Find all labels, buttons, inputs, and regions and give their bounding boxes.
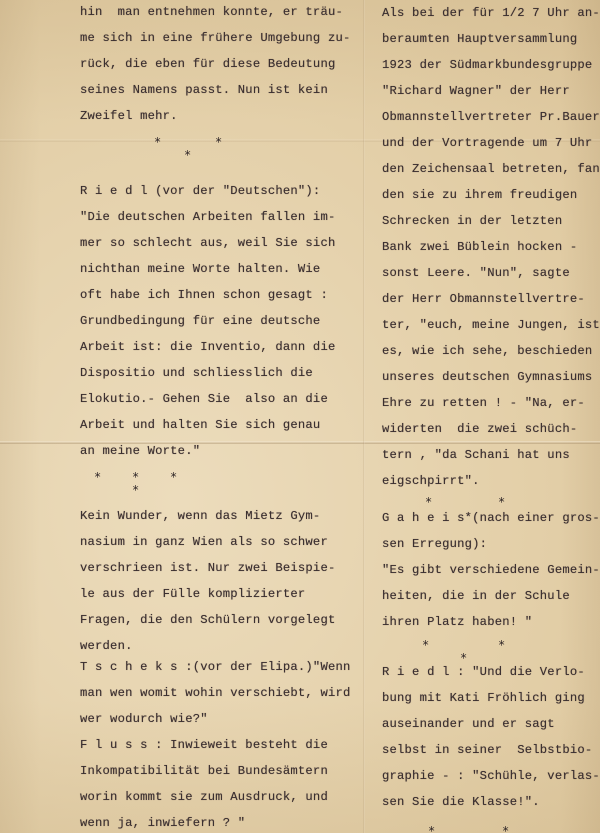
text-line: hin man entnehmen konnte, er träu- [80,4,343,20]
text-line: oft habe ich Ihnen schon gesagt : [80,287,328,303]
separator-asterisk: * [498,639,505,651]
text-line: wenn ja, inwiefern ? " [80,815,245,831]
text-line: sen Erregung): [382,536,487,552]
text-line: Schrecken in der letzten [382,213,562,229]
text-line: Arbeit und halten Sie sich genau [80,417,320,433]
text-line: widerten die zwei schüch- [382,421,577,437]
text-line: mer so schlecht aus, weil Sie sich [80,235,335,251]
text-line: man wen womit wohin verschiebt, wird [80,685,351,701]
text-line: Bank zwei Büblein hocken - [382,239,577,255]
separator-asterisk: * [94,471,101,483]
text-line: ihren Platz haben! " [382,614,532,630]
separator-asterisk: * [170,471,177,483]
text-line: an meine Worte." [80,443,200,459]
text-line: heiten, die in der Schule [382,588,570,604]
text-line: unseres deutschen Gymnasiums [382,369,592,385]
separator-asterisk: * [132,484,139,496]
text-line: sen Sie die Klasse!". [382,794,540,810]
text-line: verschrieen ist. Nur zwei Beispie- [80,560,335,576]
text-line: 1923 der Südmarkbundesgruppe [382,57,592,73]
text-line: seines Namens passt. Nun ist kein [80,82,328,98]
text-line: beraumten Hauptversammlung [382,31,577,47]
text-line: Kein Wunder, wenn das Mietz Gym- [80,508,320,524]
text-line: Fragen, die den Schülern vorgelegt [80,612,335,628]
text-line: werden. [80,638,133,654]
text-line: ter, "euch, meine Jungen, ist [382,317,600,333]
text-line: nasium in ganz Wien als so schwer [80,534,328,550]
text-line: der Herr Obmannstellvertre- [382,291,585,307]
speaker-heading: G a h e i s*(nach einer gros- [382,510,600,526]
text-line: wer wodurch wie?" [80,711,208,727]
text-line: Inkompatibilität bei Bundesämtern [80,763,328,779]
speaker-heading: T s c h e k s :(vor der Elipa.)"Wenn [80,659,351,675]
text-line: bung mit Kati Fröhlich ging [382,690,585,706]
speaker-heading: F l u s s : Inwieweit besteht die [80,737,328,753]
text-line: "Die deutschen Arbeiten fallen im- [80,209,335,225]
text-line: Elokutio.- Gehen Sie also an die [80,391,328,407]
separator-asterisk: * [498,496,505,508]
text-line: nichthan meine Worte halten. Wie [80,261,320,277]
separator-asterisk: * [425,496,432,508]
text-line: es, wie ich sehe, beschieden [382,343,592,359]
text-line: graphie - : "Schühle, verlas- [382,768,600,784]
text-line: "Richard Wagner" der Herr [382,83,570,99]
text-line: tern , "da Schani hat uns [382,447,570,463]
text-line: sonst Leere. "Nun", sagte [382,265,570,281]
text-line: Als bei der für 1/2 7 Uhr an- [382,5,600,21]
text-line: "Es gibt verschiedene Gemein- [382,562,600,578]
separator-asterisk: * [154,136,161,148]
separator-asterisk: * [460,652,467,664]
text-line: Zweifel mehr. [80,108,178,124]
separator-asterisk: * [184,149,191,161]
text-line: worin kommt sie zum Ausdruck, und [80,789,328,805]
text-line: Ehre zu retten ! - "Na, er- [382,395,585,411]
text-line: den Zeichensaal betreten, fan- [382,161,600,177]
text-line: Grundbedingung für eine deutsche [80,313,320,329]
separator-asterisk: * [422,639,429,651]
separator-asterisk: * [502,825,509,833]
text-line: rück, die eben für diese Bedeutung [80,56,335,72]
text-line: Arbeit ist: die Inventio, dann die [80,339,335,355]
text-line: me sich in eine frühere Umgebung zu- [80,30,351,46]
separator-asterisk: * [215,136,222,148]
separator-asterisk: * [132,471,139,483]
speaker-heading: R i e d l (vor der "Deutschen"): [80,183,320,199]
speaker-heading: R i e d l : "Und die Verlo- [382,664,585,680]
text-line: den sie zu ihrem freudigen [382,187,577,203]
text-line: auseinander und er sagt [382,716,555,732]
text-line: und der Vortragende um 7 Uhr [382,135,592,151]
text-line: eigschpirrt". [382,473,480,489]
text-line: Obmannstellvertreter Pr.Bauer [382,109,600,125]
text-line: le aus der Fülle komplizierter [80,586,305,602]
text-line: selbst in seiner Selbstbio- [382,742,592,758]
separator-asterisk: * [428,825,435,833]
paper-fold-vertical [363,0,365,833]
text-line: Dispositio und schliesslich die [80,365,313,381]
